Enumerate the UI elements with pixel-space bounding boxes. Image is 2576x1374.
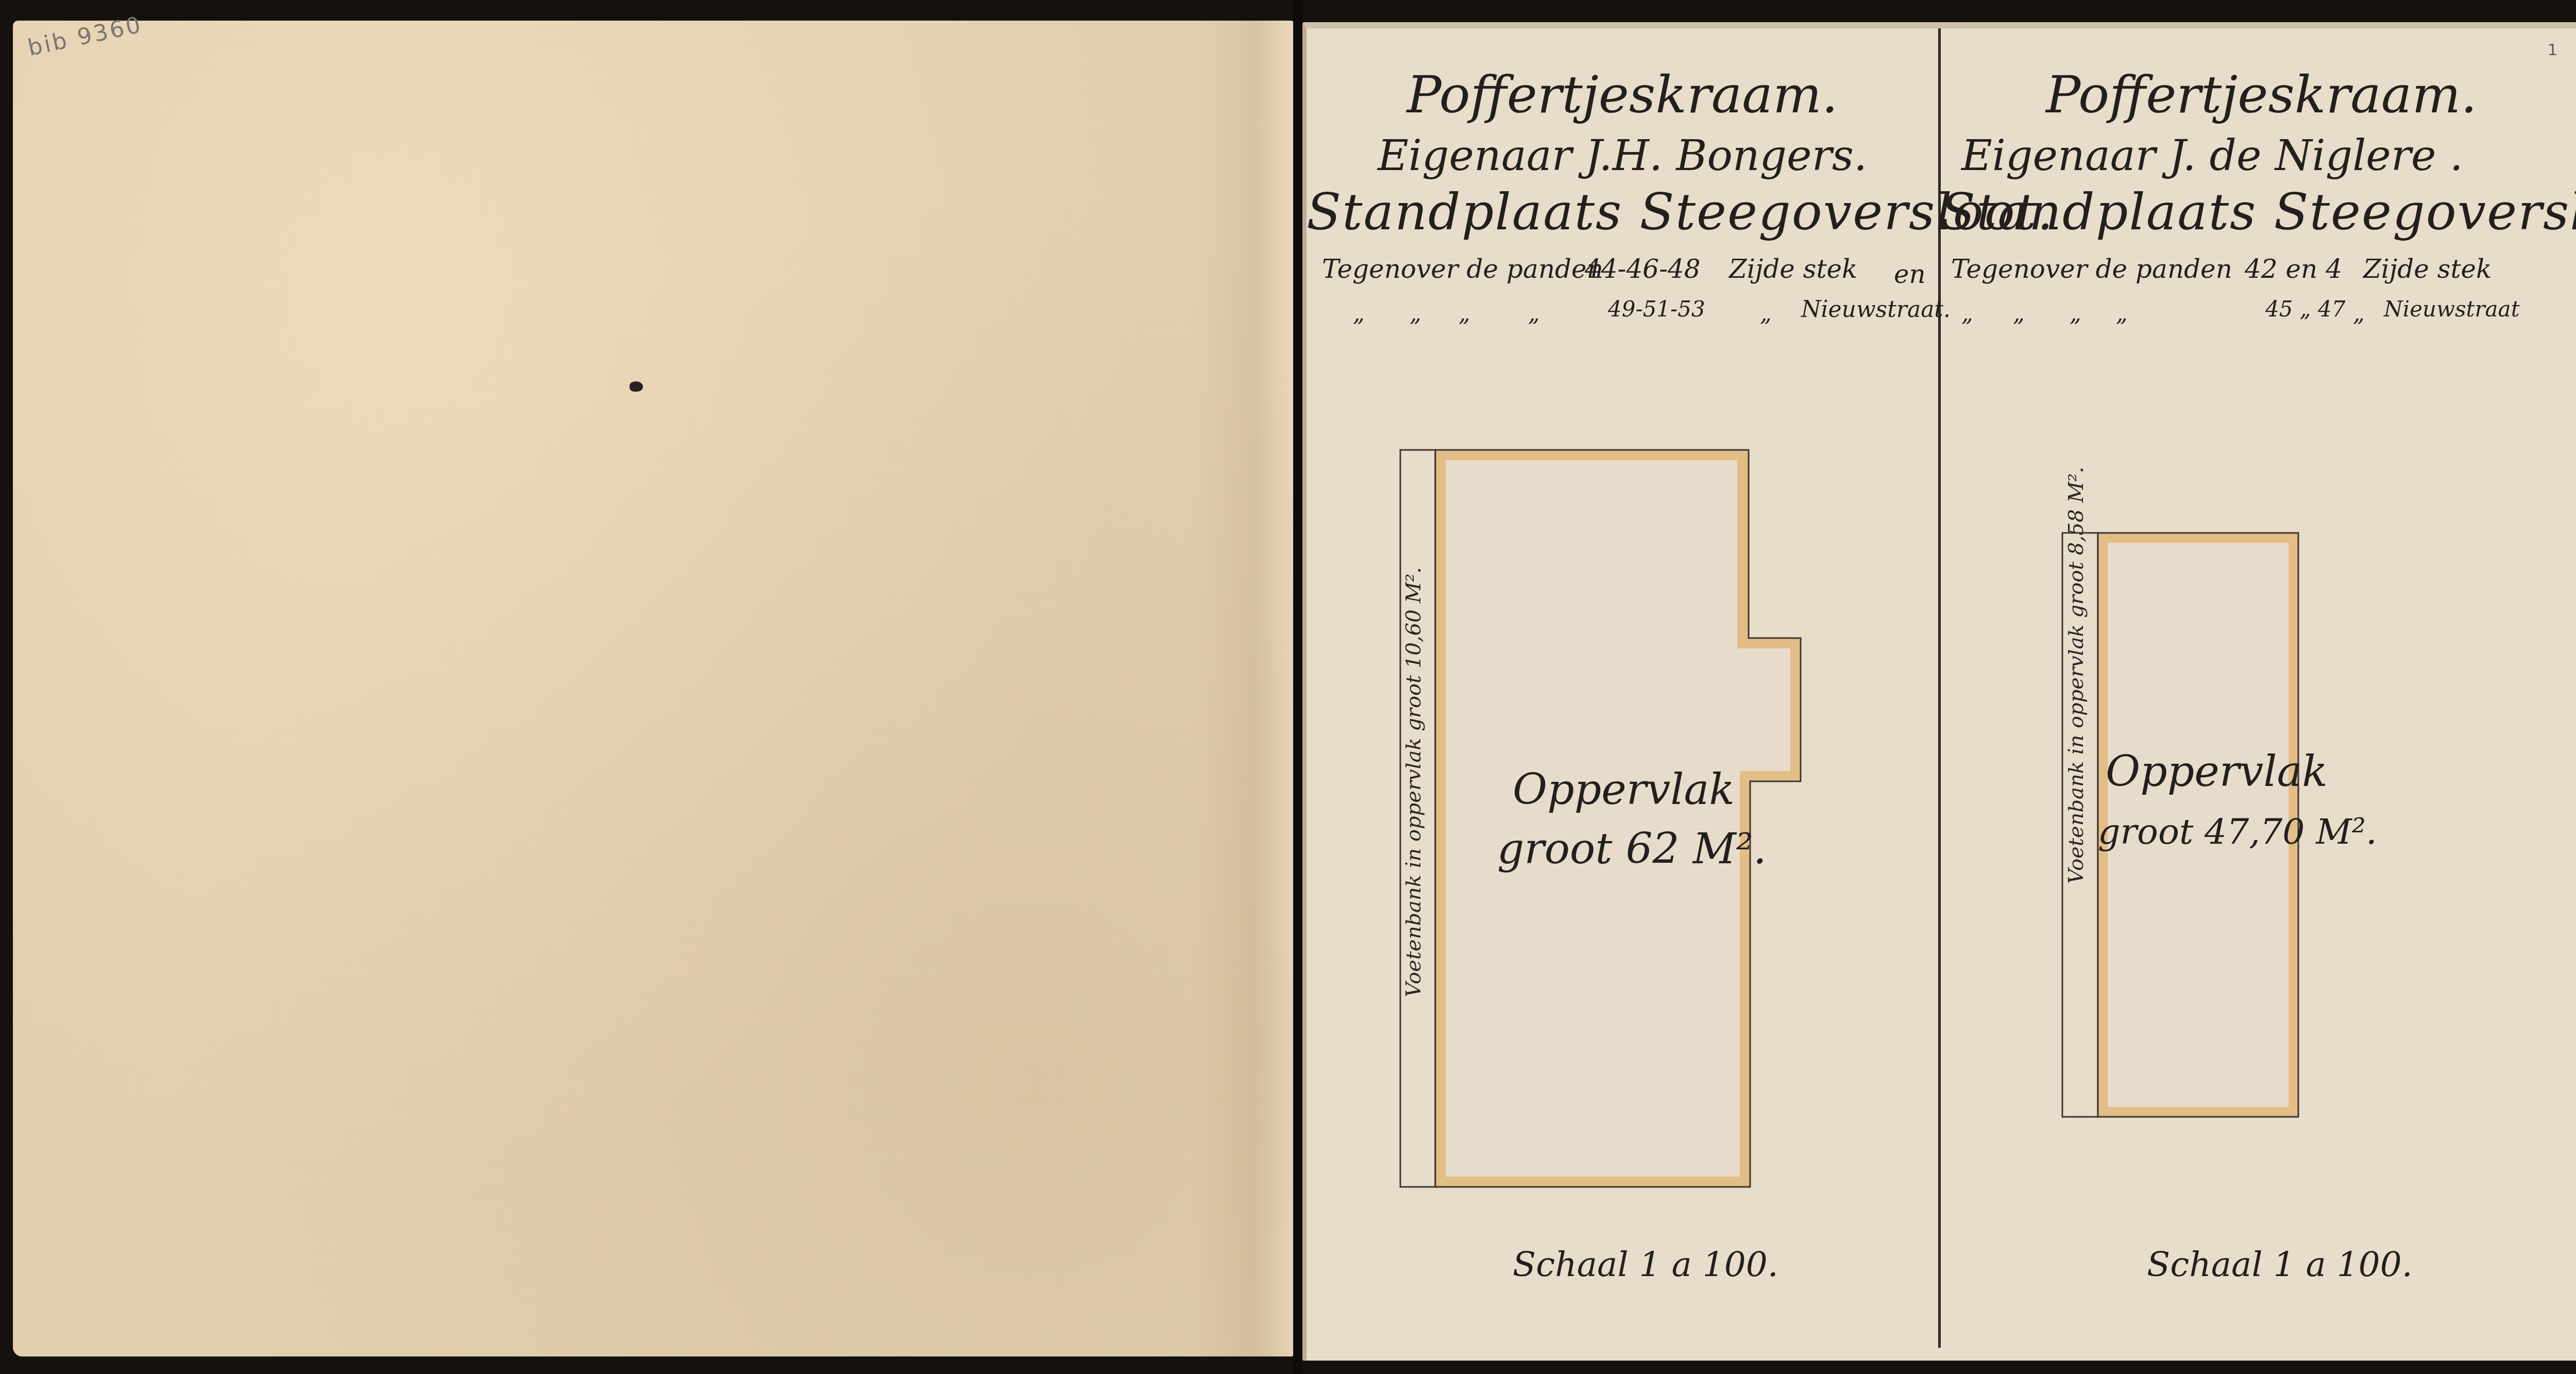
- scale-label: Schaal 1 a 100.: [2147, 1245, 2413, 1284]
- cover-fold-shadow: [1195, 21, 1293, 1356]
- area-label-line1: Oppervlak: [1513, 765, 1698, 814]
- area-label-line2: groot 47,70 M².: [2098, 812, 2294, 852]
- floor-plan-drawing: [1307, 28, 1938, 1348]
- area-label-line1: Oppervlak: [2106, 747, 2291, 796]
- stand-column-bongers: Poffertjeskraam. Eigenaar J.H. Bongers. …: [1307, 28, 1938, 1348]
- cover-page: [13, 21, 1293, 1356]
- scale-label: Schaal 1 a 100.: [1513, 1245, 1778, 1284]
- bench-label: Voetenbank in oppervlak groot 8,58 M².: [2064, 467, 2088, 884]
- floor-plan-drawing: [1941, 28, 2576, 1348]
- area-label-line2: groot 62 M².: [1497, 825, 1714, 874]
- book-spine: [1293, 0, 1302, 1374]
- ink-spot: [630, 381, 643, 392]
- bench-label: Voetenbank in oppervlak groot 10,60 M².: [1402, 567, 1426, 997]
- stand-column-niglere: Poffertjeskraam. Eigenaar J. de Niglere …: [1941, 28, 2576, 1348]
